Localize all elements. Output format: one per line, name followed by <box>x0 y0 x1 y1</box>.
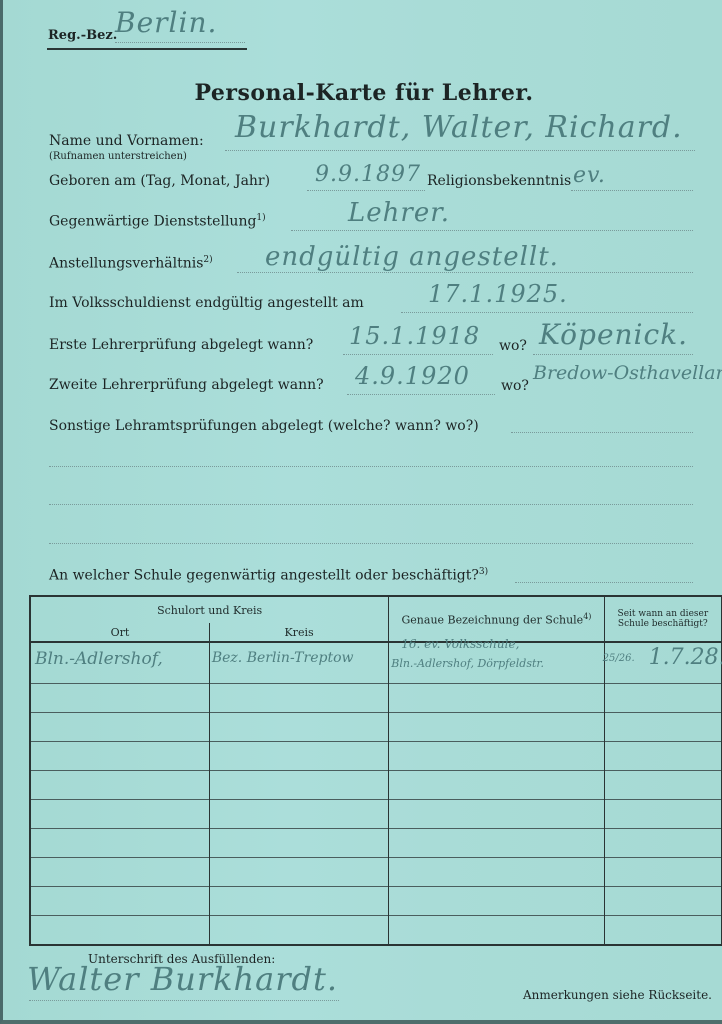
first-exam-label: Erste Lehrerprüfung abgelegt wann? <box>49 337 313 353</box>
religion-value: ev. <box>573 163 606 188</box>
table-row <box>30 684 722 713</box>
table-row <box>30 887 722 916</box>
name-dotted-line <box>225 150 695 151</box>
name-sublabel: (Rufnamen unterstreichen) <box>49 151 187 162</box>
reg-bez-dotted-line <box>115 42 245 43</box>
other-exams-dotted-line-2 <box>49 466 693 467</box>
first-exam-where-value: Köpenick. <box>539 318 688 351</box>
cell-schule: 16. ev. Volksschule, Bln.-Adlershof, Dör… <box>389 642 604 684</box>
header-ort: Ort <box>30 623 209 642</box>
other-exams-dotted-line-4 <box>49 543 693 544</box>
header-schule: Genaue Bezeichnung der Schule4) <box>389 596 604 642</box>
second-exam-where-label: wo? <box>501 378 529 394</box>
second-exam-where-value: Bredow-Osthavelland <box>533 362 722 384</box>
reg-bez-underline <box>47 48 247 50</box>
religion-label: Religionsbekenntnis <box>427 173 571 189</box>
reg-bez-value: Berlin. <box>115 6 217 39</box>
employment-label: Anstellungsverhältnis2) <box>49 255 213 272</box>
signature-value: Walter Burkhardt. <box>27 960 338 998</box>
header-seit: Seit wann an dieser Schule beschäftigt? <box>604 596 722 642</box>
name-value: Burkhardt, Walter, Richard. <box>235 110 683 145</box>
cell-ort: Bln.-Adlershof, <box>30 642 209 684</box>
remarks-note: Anmerkungen siehe Rückseite. <box>523 988 712 1002</box>
position-label: Gegenwärtige Dienststellung1) <box>49 213 266 230</box>
other-exams-label: Sonstige Lehramtsprüfungen abgelegt (wel… <box>49 418 479 434</box>
position-dotted-line <box>291 230 693 231</box>
born-label: Geboren am (Tag, Monat, Jahr) <box>49 173 270 189</box>
name-label: Name und Vornamen: <box>49 133 204 149</box>
second-exam-dotted-line <box>347 394 495 395</box>
table-row <box>30 829 722 858</box>
permanent-dotted-line <box>401 312 693 313</box>
page-title: Personal-Karte für Lehrer. <box>3 80 722 106</box>
religion-dotted-line <box>571 190 693 191</box>
first-exam-dotted-line <box>343 354 493 355</box>
table-row <box>30 858 722 887</box>
other-exams-dotted-line-1 <box>511 432 693 433</box>
schools-table: Schulort und Kreis Genaue Bezeichnung de… <box>29 595 722 946</box>
second-exam-label: Zweite Lehrerprüfung abgelegt wann? <box>49 377 324 393</box>
first-exam-value: 15.1.1918 <box>349 322 480 350</box>
table-row <box>30 916 722 946</box>
first-exam-where-label: wo? <box>499 338 527 354</box>
cell-kreis: Bez. Berlin-Treptow <box>209 642 388 684</box>
other-exams-dotted-line-3 <box>49 504 693 505</box>
school-question-dotted-line <box>515 582 693 583</box>
table-row <box>30 800 722 829</box>
permanent-value: 17.1.1925. <box>428 280 568 308</box>
cell-seit: 25/26. 1.7.28. <box>604 642 722 684</box>
table-row: Bln.-Adlershof, Bez. Berlin-Treptow 16. … <box>30 642 722 684</box>
position-value: Lehrer. <box>348 198 450 228</box>
header-kreis: Kreis <box>209 623 388 642</box>
signature-dotted-line <box>29 1000 339 1001</box>
born-value: 9.9.1897 <box>315 162 421 187</box>
table-row <box>30 771 722 800</box>
first-exam-where-dotted-line <box>533 354 693 355</box>
table-row <box>30 742 722 771</box>
second-exam-value: 4.9.1920 <box>355 362 470 390</box>
born-dotted-line <box>307 190 425 191</box>
header-schulort-kreis: Schulort und Kreis <box>30 596 389 623</box>
permanent-label: Im Volksschuldienst endgültig angestellt… <box>49 295 364 311</box>
employment-dotted-line <box>237 272 693 273</box>
school-question-label: An welcher Schule gegenwärtig angestellt… <box>49 567 488 584</box>
reg-bez-label: Reg.-Bez. <box>48 28 117 43</box>
table-row <box>30 713 722 742</box>
employment-value: endgültig angestellt. <box>265 242 559 272</box>
personnel-card: Reg.-Bez. Berlin. Personal-Karte für Leh… <box>0 0 722 1024</box>
